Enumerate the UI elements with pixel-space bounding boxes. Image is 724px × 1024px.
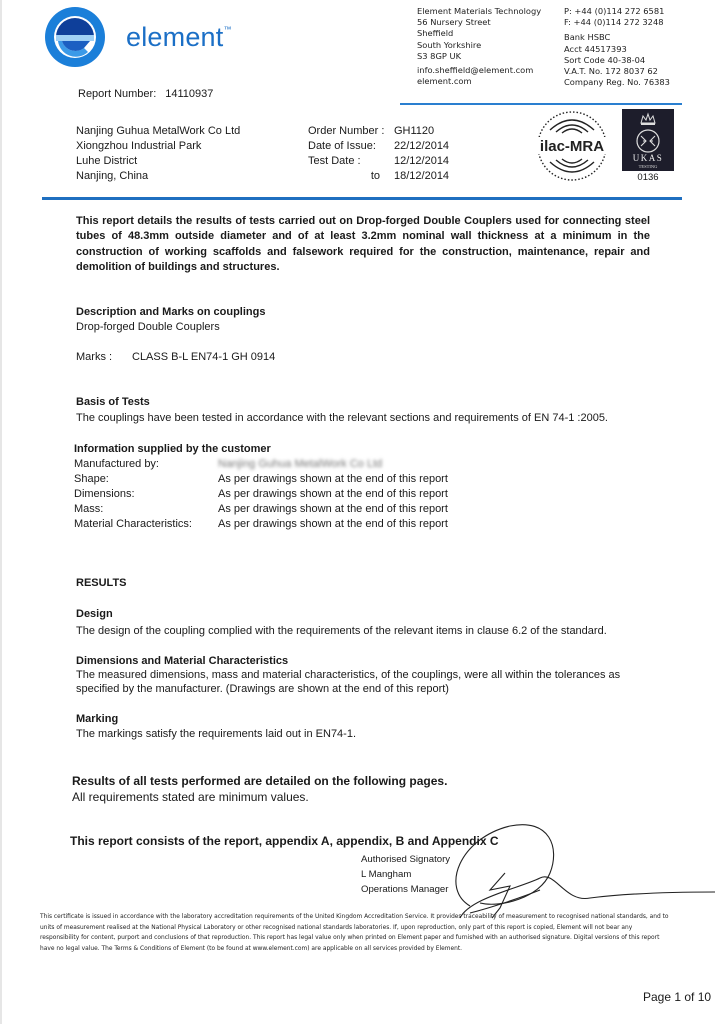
ilac-mra-logo-icon: ilac-MRA [534, 108, 610, 184]
customer-info-heading: Information supplied by the customer [74, 442, 448, 457]
design-heading: Design [76, 608, 113, 620]
basis-heading: Basis of Tests [76, 396, 150, 408]
date-issue-label: Date of Issue: [308, 139, 394, 154]
fax: F: +44 (0)114 272 3248 [564, 17, 670, 28]
ukas-logo: UKAS TESTING [622, 109, 674, 171]
marks-value: CLASS B-L EN74-1 GH 0914 [132, 351, 275, 363]
info-value: As per drawings shown at the end of this… [218, 472, 448, 487]
info-label: Material Characteristics: [74, 517, 218, 532]
test-date-label: Test Date : [308, 154, 394, 169]
email-link[interactable]: info.sheffield@element.com [417, 65, 541, 76]
description-text: Drop-forged Double Couplers [76, 321, 220, 333]
test-date-from: 12/12/2014 [394, 154, 449, 169]
date-issue: 22/12/2014 [394, 139, 449, 154]
info-value: As per drawings shown at the end of this… [218, 487, 448, 502]
ukas-crown-icon: UKAS TESTING [622, 109, 674, 171]
address-line: Sheffield [417, 28, 541, 39]
to-label: to [308, 169, 394, 184]
fine-print-line: This certificate is issued in accordance… [40, 912, 680, 923]
address-line: South Yorkshire [417, 40, 541, 51]
info-row: Manufactured by:Nanjing Guhua MetalWork … [74, 457, 448, 472]
element-logo-icon [44, 6, 106, 68]
marking-text: The markings satisfy the requirements la… [76, 728, 356, 740]
client-line: Nanjing, China [76, 169, 240, 184]
order-details: Order Number :GH1120 Date of Issue:22/12… [308, 124, 449, 184]
svg-text:TESTING: TESTING [639, 164, 658, 169]
basis-text: The couplings have been tested in accord… [76, 412, 608, 424]
client-address: Nanjing Guhua MetalWork Co Ltd Xiongzhou… [76, 124, 240, 184]
lab-contact: P: +44 (0)114 272 6581 F: +44 (0)114 272… [564, 6, 670, 88]
report-number-label: Report Number: [78, 88, 156, 100]
sort-code: Sort Code 40-38-04 [564, 55, 670, 66]
info-label: Manufactured by: [74, 457, 218, 472]
info-row: Shape:As per drawings shown at the end o… [74, 472, 448, 487]
brand-name: element™ [126, 22, 232, 53]
fine-print-line: responsibility for content, purport and … [40, 933, 680, 944]
info-row: Dimensions:As per drawings shown at the … [74, 487, 448, 502]
order-number-label: Order Number : [308, 124, 394, 139]
phone: P: +44 (0)114 272 6581 [564, 6, 670, 17]
client-line: Xiongzhou Industrial Park [76, 139, 240, 154]
svg-text:UKAS: UKAS [633, 153, 664, 163]
marks-label: Marks : [76, 351, 112, 363]
design-text: The design of the coupling complied with… [76, 625, 607, 637]
test-date-to: 18/12/2014 [394, 169, 449, 184]
info-row: Mass:As per drawings shown at the end of… [74, 502, 448, 517]
vat-number: V.A.T. No. 172 8037 62 [564, 66, 670, 77]
client-line: Luhe District [76, 154, 240, 169]
marking-heading: Marking [76, 713, 118, 725]
ukas-number: 0136 [622, 172, 674, 183]
info-row: Material Characteristics:As per drawings… [74, 517, 448, 532]
address-line: Element Materials Technology [417, 6, 541, 17]
order-number: GH1120 [394, 124, 434, 139]
legal-fine-print: This certificate is issued in accordance… [40, 912, 680, 954]
dims-heading: Dimensions and Material Characteristics [76, 655, 288, 667]
info-label: Mass: [74, 502, 218, 517]
minimum-values-note: All requirements stated are minimum valu… [72, 790, 309, 804]
info-label: Dimensions: [74, 487, 218, 502]
info-label: Shape: [74, 472, 218, 487]
report-number-value: 14110937 [165, 88, 213, 100]
report-number: Report Number:14110937 [78, 88, 213, 100]
address-line: S3 8GP UK [417, 51, 541, 62]
report-intro: This report details the results of tests… [76, 214, 650, 275]
dims-text-1: The measured dimensions, mass and materi… [76, 669, 620, 681]
all-tests-note: Results of all tests performed are detai… [72, 774, 447, 788]
info-value: As per drawings shown at the end of this… [218, 502, 448, 517]
page-edge [0, 0, 2, 1024]
website-link[interactable]: element.com [417, 76, 541, 87]
page-number: Page 1 of 10 [643, 990, 711, 1004]
manufacturer-redacted: Nanjing Guhua MetalWork Co Ltd [218, 457, 382, 472]
account: Acct 44517393 [564, 44, 670, 55]
header-rule [400, 103, 682, 105]
section-rule [42, 197, 682, 200]
customer-info: Information supplied by the customer Man… [74, 442, 448, 532]
company-reg: Company Reg. No. 76383 [564, 77, 670, 88]
client-line: Nanjing Guhua MetalWork Co Ltd [76, 124, 240, 139]
svg-text:ilac-MRA: ilac-MRA [540, 138, 604, 155]
description-heading: Description and Marks on couplings [76, 306, 265, 318]
bank: Bank HSBC [564, 32, 670, 43]
info-value: As per drawings shown at the end of this… [218, 517, 448, 532]
fine-print-line: units of measurement realised at the Nat… [40, 923, 680, 934]
dims-text-2: specified by the manufacturer. (Drawings… [76, 683, 449, 695]
fine-print-line: have no legal value. The Terms & Conditi… [40, 944, 680, 955]
address-line: 56 Nursery Street [417, 17, 541, 28]
results-heading: RESULTS [76, 577, 127, 589]
lab-address: Element Materials Technology 56 Nursery … [417, 6, 541, 87]
